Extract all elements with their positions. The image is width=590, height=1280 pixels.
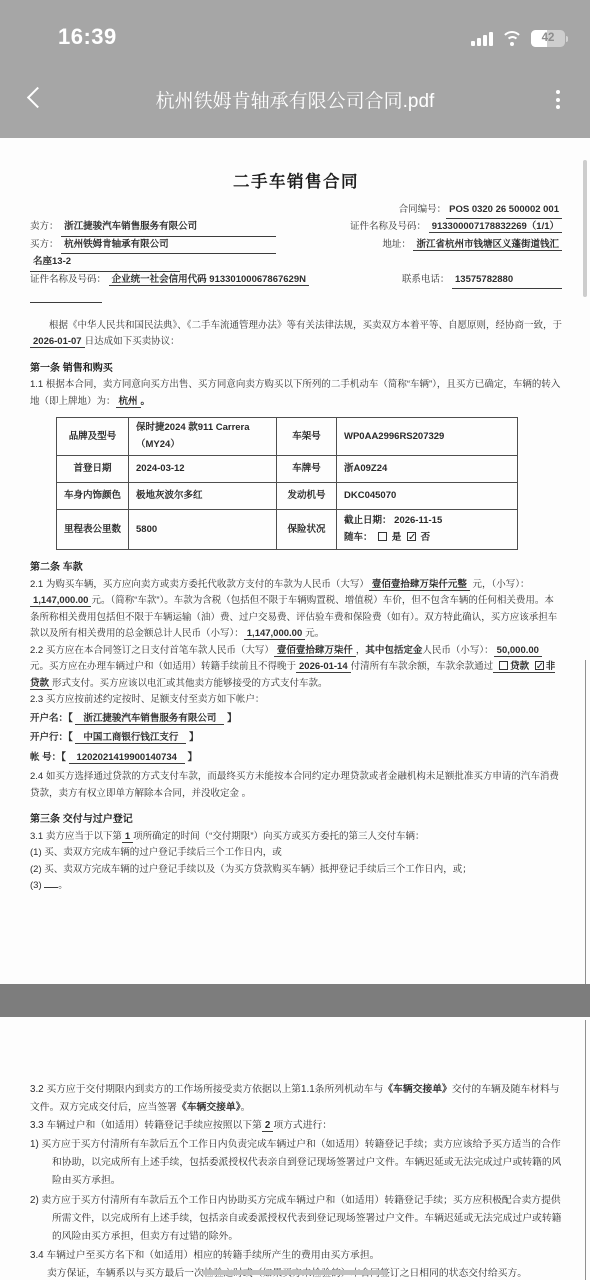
account-name-row: 开户名：【 浙江捷骏汽车销售服务有限公司 】 bbox=[30, 711, 562, 728]
insurance-value: 截止日期： 2026-11-15 随车： 是 否 bbox=[337, 510, 518, 550]
insurance-date: 2026-11-15 bbox=[394, 515, 442, 526]
brand-value: 保时捷2024 款911 Carrera（MY24） bbox=[129, 418, 277, 456]
bracket-close: 】 bbox=[189, 732, 199, 743]
clause-3-1-b: 项所确定的时间（“交付期限”）向买方或买方委托的第三人交付车辆： bbox=[133, 831, 424, 842]
phone-label: 联系电话： bbox=[402, 274, 450, 285]
loan-checkbox bbox=[499, 661, 508, 670]
account-number-value: 1202021419900140734 bbox=[69, 752, 185, 764]
clause-3-3-b: 项方式进行： bbox=[273, 1120, 332, 1131]
color-value: 极地灰波尔多红 bbox=[129, 483, 277, 510]
withcar-label: 随车： bbox=[344, 532, 373, 543]
account-name-value: 浙江捷骏汽车销售服务有限公司 bbox=[75, 713, 224, 725]
account-number-row: 帐 号：【 1202021419900140734 】 bbox=[30, 750, 562, 767]
clock-time: 16:39 bbox=[58, 24, 117, 50]
seller-cert-number: 913300007178832269（1/1） bbox=[429, 221, 562, 233]
table-row: 里程表公里数 5800 保险状况 截止日期： 2026-11-15 随车： 是 … bbox=[57, 510, 518, 550]
scan-page-edge-line bbox=[585, 660, 586, 984]
status-bar: 16:39 42 bbox=[0, 0, 590, 62]
price-numeric: 1,147,000.00 bbox=[30, 595, 91, 607]
blank-underline bbox=[30, 293, 102, 303]
clause-3-1-a: 3.1 卖方应当于以下第 bbox=[30, 831, 122, 842]
clause-2-1: 2.1 为购买车辆，买方应向卖方或卖方委托代收款方支付的车款为人民币（大写）壹佰… bbox=[30, 577, 562, 643]
withcar-no-checkbox bbox=[407, 532, 416, 541]
section1-title: 第一条 销售和购买 bbox=[30, 360, 562, 377]
blank-short-underline bbox=[44, 879, 58, 888]
clause-2-1-b: 元，（小写）： bbox=[470, 579, 530, 590]
battery-percent: 42 bbox=[531, 30, 565, 47]
loan-option-label: 贷款 bbox=[510, 661, 529, 672]
clause-3-1-item3-end: 。 bbox=[58, 880, 68, 891]
vehicle-table: 品牌及型号 保时捷2024 款911 Carrera（MY24） 车架号 WP0… bbox=[56, 417, 518, 550]
balance-due-date: 2026-01-14 bbox=[296, 661, 351, 673]
table-row: 首登日期 2024-03-12 车牌号 浙A09Z24 bbox=[57, 456, 518, 483]
engine-value: DKC045070 bbox=[337, 483, 518, 510]
clause-2-1-a: 2.1 为购买车辆，买方应向卖方或卖方委托代收款方支付的车款为人民币（大写） bbox=[30, 579, 369, 590]
buyer-address-line2-row: 名座13-2 bbox=[30, 254, 562, 272]
brand-label: 品牌及型号 bbox=[57, 418, 129, 456]
first-reg-value: 2024-03-12 bbox=[129, 456, 277, 483]
buyer-address-field: 地址： 浙江省杭州市钱塘区义蓬街道钱汇 bbox=[382, 237, 562, 254]
buyer-cert-label: 证件名称及号码： bbox=[30, 274, 106, 285]
clause-2-2-d: 元。买方应在办理车辆过户和（如适用）转籍手续前且不得晚于 bbox=[30, 661, 296, 672]
handover-doc-2: 《车辆交接单》 bbox=[177, 1102, 241, 1113]
scan-page-edge-line bbox=[585, 1020, 586, 1280]
wifi-icon bbox=[501, 30, 523, 47]
buyer-label: 买方： bbox=[30, 239, 59, 250]
price-chinese: 壹佰壹拾肆万柒仟元整 bbox=[369, 579, 470, 591]
document-title: 二手车销售合同 bbox=[30, 168, 562, 197]
transfer-option-number: 2 bbox=[262, 1120, 273, 1132]
status-icons: 42 bbox=[471, 30, 568, 47]
contract-number-label: 合同编号： bbox=[399, 202, 447, 219]
bracket-close: 】 bbox=[188, 752, 198, 763]
phone-field: 联系电话： 13575782880 bbox=[402, 272, 562, 290]
mileage-value: 5800 bbox=[129, 510, 277, 550]
scroll-indicator[interactable] bbox=[583, 160, 587, 297]
clause-2-4: 2.4 如买方选择通过贷款的方式支付车款，而最终买方未能按本合同约定办理贷款或者… bbox=[30, 769, 562, 802]
buyer-field: 买方： 杭州铁姆肯轴承有限公司 bbox=[30, 237, 276, 255]
section2-title: 第二条 车款 bbox=[30, 559, 562, 576]
clause-2-2-f: 形式支付。买方应该以电汇或其他卖方能够接受的方式支付车款。 bbox=[52, 678, 328, 689]
clause-3-3: 3.3 车辆过户和（如适用）转籍登记手续应按照以下第2项方式进行： bbox=[30, 1117, 564, 1135]
vin-value: WP0AA2996RS207329 bbox=[337, 418, 518, 456]
file-title: 杭州铁姆肯轴承有限公司合同.pdf bbox=[60, 86, 530, 113]
agreement-date: 2026-01-07 bbox=[30, 336, 85, 348]
clause-1-1: 1.1 根据本合同，卖方同意向买方出售、买方同意向卖方购买以下所列的二手机动车（… bbox=[30, 377, 562, 410]
clause-3-2-c: 。 bbox=[241, 1102, 251, 1113]
account-number-label: 帐 号：【 bbox=[30, 752, 66, 763]
transfer-city: 杭州 bbox=[116, 396, 141, 408]
first-reg-label: 首登日期 bbox=[57, 456, 129, 483]
clause-3-3-item2: 2) 卖方应于买方付清所有车款后五个工作日内协助买方完成车辆过户和（如适用）转籍… bbox=[30, 1192, 564, 1245]
plate-label: 车牌号 bbox=[277, 456, 337, 483]
clause-3-1-item2: (2) 买、卖双方完成车辆的过户登记手续以及（为买方贷款购买车辆）抵押登记手续后… bbox=[30, 862, 562, 879]
plate-value: 浙A09Z24 bbox=[337, 456, 518, 483]
table-row: 车身内饰颜色 极地灰波尔多红 发动机号 DKC045070 bbox=[57, 483, 518, 510]
mileage-label: 里程表公里数 bbox=[57, 510, 129, 550]
delivery-option-number: 1 bbox=[122, 831, 133, 843]
contract-number-value: POS 0320 26 500002 001 bbox=[446, 202, 562, 220]
buyer-address-line1: 浙江省杭州市钱塘区义蓬街道钱汇 bbox=[413, 239, 562, 251]
contract-number-row: 合同编号： POS 0320 26 500002 001 bbox=[30, 202, 562, 220]
first-payment-chinese: 壹佰壹拾肆万柒仟 bbox=[274, 645, 356, 657]
account-bank-label: 开户行：【 bbox=[30, 732, 73, 743]
preamble-text-a: 根据《中华人民共和国民法典》、《二手车流通管理办法》等有关法律法规，买卖双方本着… bbox=[49, 320, 562, 331]
phone-screen: 16:39 42 杭州铁姆肯轴承有限公司合同.pdf 二手车销售合同 合同编号：… bbox=[0, 0, 590, 1280]
insurance-label: 保险状况 bbox=[277, 510, 337, 550]
account-name-label: 开户名：【 bbox=[30, 713, 73, 724]
buyer-address-line2: 名座13-2 bbox=[30, 254, 180, 272]
non-loan-checkbox bbox=[535, 661, 544, 670]
table-row: 品牌及型号 保时捷2024 款911 Carrera（MY24） 车架号 WP0… bbox=[57, 418, 518, 456]
withcar-no-label: 否 bbox=[421, 532, 431, 543]
clause-3-1-item3: (3) 。 bbox=[30, 878, 562, 895]
clause-2-2-c: 人民币（小写）： bbox=[422, 645, 493, 656]
handover-doc-1: 《车辆交接单》 bbox=[383, 1084, 452, 1095]
clause-2-2-a: 2.2 买方应在本合同签订之日支付首笔车款人民币（大写） bbox=[30, 645, 274, 656]
buyer-row: 买方： 杭州铁姆肯轴承有限公司 地址： 浙江省杭州市钱塘区义蓬街道钱汇 bbox=[30, 237, 562, 255]
blank-underline-row bbox=[30, 293, 562, 310]
clause-2-3: 2.3 买方应按前述约定按时、足额支付至卖方如下帐户： bbox=[30, 692, 562, 709]
clause-2-1-d: 元。 bbox=[305, 628, 324, 639]
clause-1-1-text: 1.1 根据本合同，卖方同意向买方出售、买方同意向卖方购买以下所列的二手机动车（… bbox=[30, 379, 560, 407]
insurance-date-label: 截止日期： bbox=[344, 515, 392, 526]
withcar-yes-checkbox bbox=[378, 532, 387, 541]
deposit-amount: 50,000.00 bbox=[494, 645, 542, 657]
account-bank-value: 中国工商银行钱江支行 bbox=[75, 732, 186, 744]
seller-name: 浙江捷骏汽车销售服务有限公司 bbox=[61, 219, 276, 237]
clause-2-2-e: 付清所有车款余额，车款余款通过 bbox=[351, 661, 494, 672]
battery-icon: 42 bbox=[531, 30, 568, 47]
preamble-paragraph: 根据《中华人民共和国民法典》、《二手车流通管理办法》等有关法律法规，买卖双方本着… bbox=[30, 318, 562, 351]
preamble-text-b: 日达成如下买卖协议： bbox=[85, 336, 180, 347]
clause-3-1-item3-text: (3) bbox=[30, 880, 42, 891]
home-indicator[interactable] bbox=[202, 1270, 388, 1275]
clause-3-2: 3.2 买方应于交付期限内到卖方的工作场所接受卖方依据以上第1.1条所列机动车与… bbox=[30, 1081, 564, 1117]
buyer-cert-field: 证件名称及号码： 企业统一社会信用代码 91330100067867629N bbox=[30, 272, 309, 289]
buyer-cert-number: 企业统一社会信用代码 91330100067867629N bbox=[109, 274, 309, 286]
account-bank-row: 开户行：【 中国工商银行钱江支行 】 bbox=[30, 730, 562, 747]
seller-cert-label: 证件名称及号码： bbox=[350, 221, 426, 232]
pdf-page-1: 二手车销售合同 合同编号： POS 0320 26 500002 001 卖方：… bbox=[0, 138, 590, 984]
withcar-yes-label: 是 bbox=[392, 532, 402, 543]
buyer-address-label: 地址： bbox=[382, 239, 411, 250]
clause-3-3-item1: 1) 买方应于买方付清所有车款后五个工作日内负责完成车辆过户和（如适用）转籍登记… bbox=[30, 1136, 564, 1189]
seller-row: 卖方： 浙江捷骏汽车销售服务有限公司 证件名称及号码： 913300007178… bbox=[30, 219, 562, 237]
clause-2-2-b: ， bbox=[356, 645, 366, 656]
nav-bar: 杭州铁姆肯轴承有限公司合同.pdf bbox=[0, 62, 590, 138]
seller-field: 卖方： 浙江捷骏汽车销售服务有限公司 bbox=[30, 219, 276, 237]
more-menu-icon[interactable] bbox=[554, 88, 562, 111]
deposit-emphasis: 其中包括定金 bbox=[365, 645, 422, 656]
phone-number: 13575782880 bbox=[452, 272, 562, 290]
cellular-signal-icon bbox=[471, 31, 493, 46]
clause-3-2-a: 3.2 买方应于交付期限内到卖方的工作场所接受卖方依据以上第1.1条所列机动车与 bbox=[30, 1084, 383, 1095]
clause-2-2: 2.2 买方应在本合同签订之日支付首笔车款人民币（大写）壹佰壹拾肆万柒仟，其中包… bbox=[30, 643, 562, 693]
clause-3-4: 3.4 车辆过户至买方名下和（如适用）相应的转籍手续所产生的费用由买方承担。 bbox=[30, 1247, 564, 1265]
bracket-close: 】 bbox=[227, 713, 237, 724]
clause-3-1-item1: (1) 买、卖双方完成车辆的过户登记手续后三个工作日内，或 bbox=[30, 845, 562, 862]
vin-label: 车架号 bbox=[277, 418, 337, 456]
buyer-cert-row: 证件名称及号码： 企业统一社会信用代码 91330100067867629N 联… bbox=[30, 272, 562, 290]
buyer-name: 杭州铁姆肯轴承有限公司 bbox=[61, 237, 276, 255]
page-separator bbox=[0, 984, 590, 1017]
back-chevron-icon[interactable] bbox=[27, 87, 48, 108]
seller-label: 卖方： bbox=[30, 221, 59, 232]
pdf-page-2: 3.2 买方应于交付期限内到卖方的工作场所接受卖方依据以上第1.1条所列机动车与… bbox=[0, 1017, 590, 1280]
price-total: 1,147,000.00 bbox=[244, 628, 305, 640]
seller-cert-field: 证件名称及号码： 913300007178832269（1/1） bbox=[350, 219, 562, 236]
color-label: 车身内饰颜色 bbox=[57, 483, 129, 510]
clause-3-3-a: 3.3 车辆过户和（如适用）转籍登记手续应按照以下第 bbox=[30, 1120, 262, 1131]
section3-title: 第三条 交付与过户登记 bbox=[30, 811, 562, 828]
clause-1-1-end: 。 bbox=[141, 396, 151, 407]
clause-3-1: 3.1 卖方应当于以下第1项所确定的时间（“交付期限”）向买方或买方委托的第三人… bbox=[30, 829, 562, 846]
engine-label: 发动机号 bbox=[277, 483, 337, 510]
